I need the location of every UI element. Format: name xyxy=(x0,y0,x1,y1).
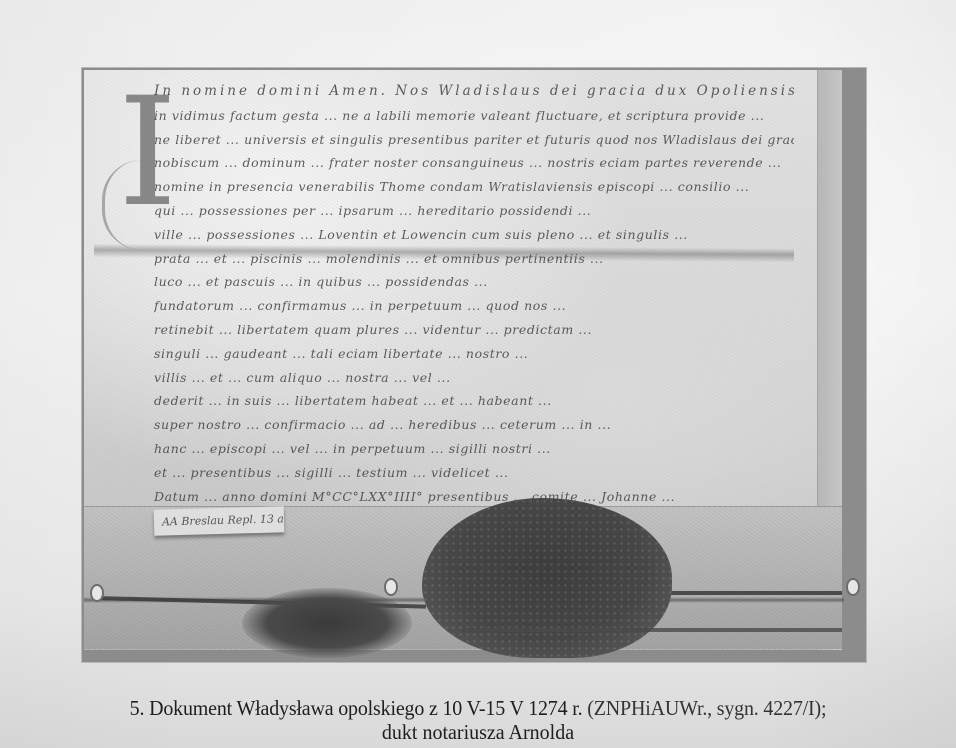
manuscript-line: nomine in presencia venerabilis Thome co… xyxy=(154,175,794,199)
manuscript-line: qui ... possessiones per ... ipsarum ...… xyxy=(154,199,794,223)
manuscript-line: ville ... possessiones ... Loventin et L… xyxy=(154,223,794,247)
charter-photograph: I In nomine domini Amen. Nos Wladislaus … xyxy=(82,68,866,662)
manuscript-line: super nostro ... confirmacio ... ad ... … xyxy=(154,413,794,437)
seal-eyelet-right xyxy=(846,578,860,596)
manuscript-line: Datum ... anno domini M°CC°LXX°IIII° pre… xyxy=(154,485,794,509)
fold-crease xyxy=(94,244,794,263)
archival-paper-label: AA Breslau Repl. 13 a xyxy=(154,506,285,535)
caption-archival-reference: (ZNPHiAUWr., sygn. 4227/I); xyxy=(587,696,826,720)
seal-cord-tassel xyxy=(242,588,412,658)
manuscript-line: In nomine domini Amen. Nos Wladislaus de… xyxy=(154,80,794,104)
seal-eyelet-middle xyxy=(384,578,398,596)
seal-cord-right xyxy=(642,591,842,595)
caption-title: Dokument Władysława opolskiego z 10 V-15… xyxy=(149,696,582,720)
figure-caption: 5. Dokument Władysława opolskiego z 10 V… xyxy=(0,696,956,744)
parchment-bottom-edge xyxy=(462,628,842,632)
manuscript-line: fundatorum ... confirmamus ... in perpet… xyxy=(154,294,794,318)
manuscript-line: retinebit ... libertatem quam plures ...… xyxy=(154,318,794,342)
manuscript-line: ne liberet ... universis et singulis pre… xyxy=(154,128,794,152)
caption-line-2: dukt notariusza Arnolda xyxy=(33,720,922,744)
manuscript-line: hanc ... episcopi ... vel ... in perpetu… xyxy=(154,437,794,461)
manuscript-line: et ... presentibus ... sigilli ... testi… xyxy=(154,461,794,485)
manuscript-line: luco ... et pascuis ... in quibus ... po… xyxy=(154,270,794,294)
manuscript-line: prata ... et ... piscinis ... molendinis… xyxy=(154,247,794,271)
decorated-initial-i: I xyxy=(118,78,156,278)
manuscript-line: nobiscum ... dominum ... frater noster c… xyxy=(154,151,794,175)
caption-line-1: 5. Dokument Władysława opolskiego z 10 V… xyxy=(33,696,922,720)
manuscript-text-block: In nomine domini Amen. Nos Wladislaus de… xyxy=(154,80,794,532)
seal-eyelet-left xyxy=(90,584,104,602)
initial-flourish-ornament xyxy=(102,160,145,250)
figure-number: 5. xyxy=(130,696,145,720)
manuscript-line: villis ... et ... cum aliquo ... nostra … xyxy=(154,366,794,390)
manuscript-line: in vidimus factum gesta ... ne a labili … xyxy=(154,104,794,128)
manuscript-line: dederit ... in suis ... libertatem habea… xyxy=(154,389,794,413)
wax-seal xyxy=(422,498,672,658)
manuscript-line: singuli ... gaudeant ... tali eciam libe… xyxy=(154,342,794,366)
